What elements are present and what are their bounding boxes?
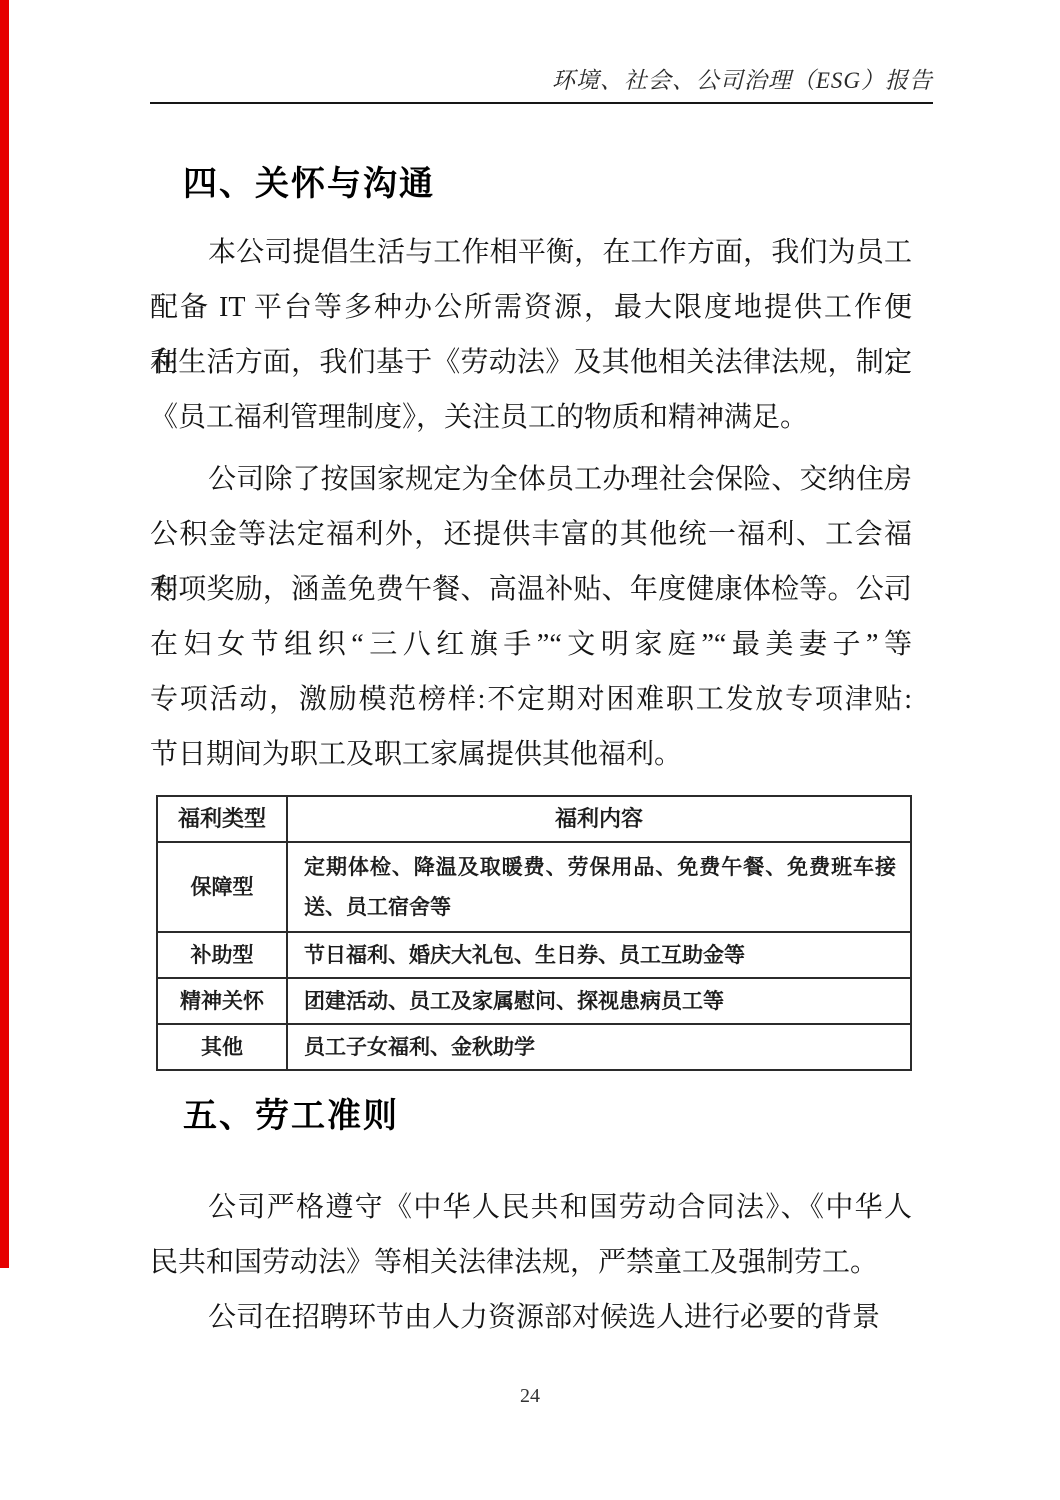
paragraph-line: 专项奖励，涵盖免费午餐、高温补贴、年度健康体检等。公司: [150, 562, 912, 617]
paragraph-line: 配备 IT 平台等多种办公所需资源，最大限度地提供工作便利；: [150, 280, 912, 335]
table-row: 保障型 定期体检、降温及取暖费、劳保用品、免费午餐、免费班车接送、员工宿舍等: [157, 842, 911, 932]
benefit-content-cell: 定期体检、降温及取暖费、劳保用品、免费午餐、免费班车接送、员工宿舍等: [287, 842, 911, 932]
benefit-type-cell: 其他: [157, 1024, 287, 1070]
paragraph-line: 民共和国劳动法》等相关法律法规，严禁童工及强制劳工。: [150, 1235, 912, 1290]
paragraph-line: 公司除了按国家规定为全体员工办理社会保险、交纳住房: [150, 452, 912, 507]
paragraph-recruitment-background-check: 公司在招聘环节由人力资源部对候选人进行必要的背景: [150, 1290, 912, 1345]
paragraph-line: 在妇女节组织“三八红旗手”“文明家庭”“最美妻子”等: [150, 617, 912, 672]
section-heading-care-communication: 四、关怀与沟通: [183, 156, 435, 205]
paragraph-welfare-benefits: 公司除了按国家规定为全体员工办理社会保险、交纳住房 公积金等法定福利外，还提供丰…: [150, 452, 912, 782]
benefit-type-cell: 补助型: [157, 932, 287, 978]
paragraph-line: 公司在招聘环节由人力资源部对候选人进行必要的背景: [150, 1290, 912, 1345]
section-heading-labor-standards: 五、劳工准则: [183, 1088, 399, 1137]
running-header-title: 环境、社会、公司治理（ESG）报告: [150, 62, 933, 104]
paragraph-line: 公司严格遵守《中华人民共和国劳动合同法》、《中华人: [150, 1180, 912, 1235]
table-row: 补助型 节日福利、婚庆大礼包、生日券、员工互助金等: [157, 932, 911, 978]
table-row: 其他 员工子女福利、金秋助学: [157, 1024, 911, 1070]
table-header-benefit-type: 福利类型: [157, 796, 287, 842]
table-row: 精神关怀 团建活动、员工及家属慰问、探视患病员工等: [157, 978, 911, 1024]
paragraph-line: 本公司提倡生活与工作相平衡，在工作方面，我们为员工: [150, 225, 912, 280]
benefit-content-cell: 团建活动、员工及家属慰问、探视患病员工等: [287, 978, 911, 1024]
paragraph-line: 专项活动，激励模范榜样:不定期对困难职工发放专项津贴:: [150, 672, 912, 727]
benefit-content-cell: 节日福利、婚庆大礼包、生日券、员工互助金等: [287, 932, 911, 978]
benefit-content-cell: 员工子女福利、金秋助学: [287, 1024, 911, 1070]
paragraph-line: 在生活方面，我们基于《劳动法》及其他相关法律法规，制定: [150, 335, 912, 390]
benefits-table: 福利类型 福利内容 保障型 定期体检、降温及取暖费、劳保用品、免费午餐、免费班车…: [156, 795, 912, 1071]
paragraph-line: 公积金等法定福利外，还提供丰富的其他统一福利、工会福利、: [150, 507, 912, 562]
esg-report-page: { "colors": { "accent_red": "#e60000" },…: [0, 0, 1060, 1500]
table-header-benefit-content: 福利内容: [287, 796, 911, 842]
paragraph-line: 节日期间为职工及职工家属提供其他福利。: [150, 727, 912, 782]
table-header-row: 福利类型 福利内容: [157, 796, 911, 842]
left-accent-bar: [0, 0, 9, 1268]
benefit-type-cell: 精神关怀: [157, 978, 287, 1024]
benefit-type-cell: 保障型: [157, 842, 287, 932]
paragraph-line: 《员工福利管理制度》，关注员工的物质和精神满足。: [150, 390, 912, 445]
paragraph-work-life-balance: 本公司提倡生活与工作相平衡，在工作方面，我们为员工 配备 IT 平台等多种办公所…: [150, 225, 912, 445]
page-number: 24: [0, 1385, 1060, 1408]
paragraph-labor-law-compliance: 公司严格遵守《中华人民共和国劳动合同法》、《中华人 民共和国劳动法》等相关法律法…: [150, 1180, 912, 1290]
